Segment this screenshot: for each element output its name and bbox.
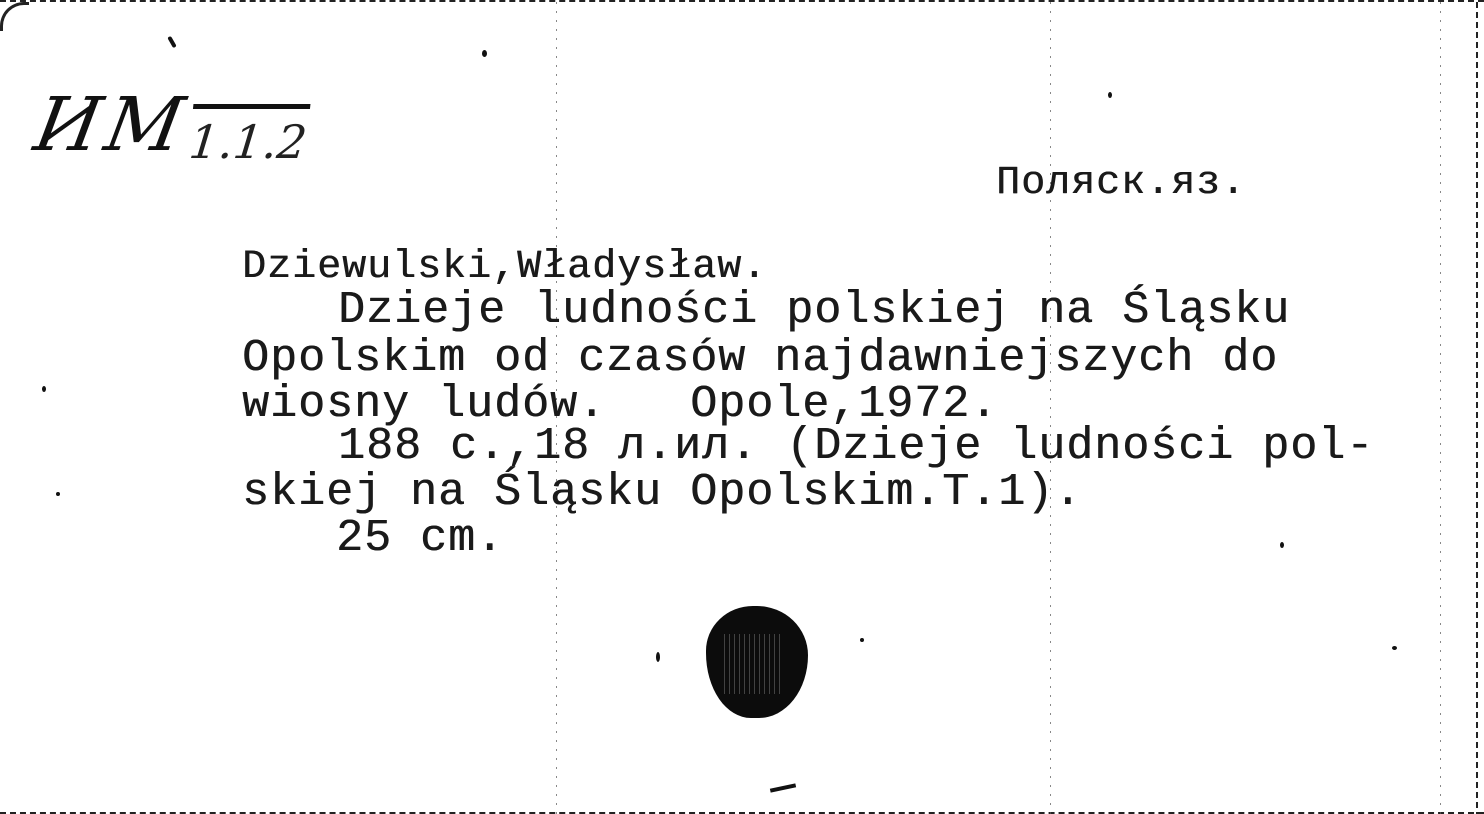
card-right-edge [1476, 2, 1478, 814]
handwritten-sub-mark: 1.1.2 [187, 104, 311, 170]
shelf-mark: Поляск.яз. [996, 164, 1246, 204]
speck [167, 36, 176, 48]
speck [1280, 542, 1284, 548]
speck [42, 386, 46, 392]
speck [860, 638, 864, 642]
scan-guide-line [1050, 2, 1051, 814]
scan-guide-line [1440, 2, 1441, 814]
title-line-2: Opolskim od czasów najdawniejszych do [242, 336, 1278, 381]
handwritten-call-mark: ИМ [29, 88, 194, 162]
speck [1108, 92, 1112, 98]
punch-hole [706, 606, 808, 718]
speck [656, 652, 660, 662]
title-line-1: Dzieje ludności polskiej na Śląsku [338, 288, 1290, 333]
speck [1392, 646, 1397, 650]
catalog-card: ИМ 1.1.2 Поляск.яз. Dziewulski,Władysław… [0, 0, 1484, 814]
size-note: 25 cm. [336, 516, 504, 561]
collation-line-1: 188 c.,18 л.ил. (Dzieje ludności pol- [338, 424, 1374, 469]
speck [56, 492, 60, 496]
author-heading: Dziewulski,Władysław. [242, 248, 767, 288]
ink-mark [770, 783, 796, 792]
collation-line-2: skiej na Śląsku Opolskim.T.1). [242, 470, 1082, 515]
card-corner [0, 2, 29, 31]
speck [482, 50, 487, 57]
